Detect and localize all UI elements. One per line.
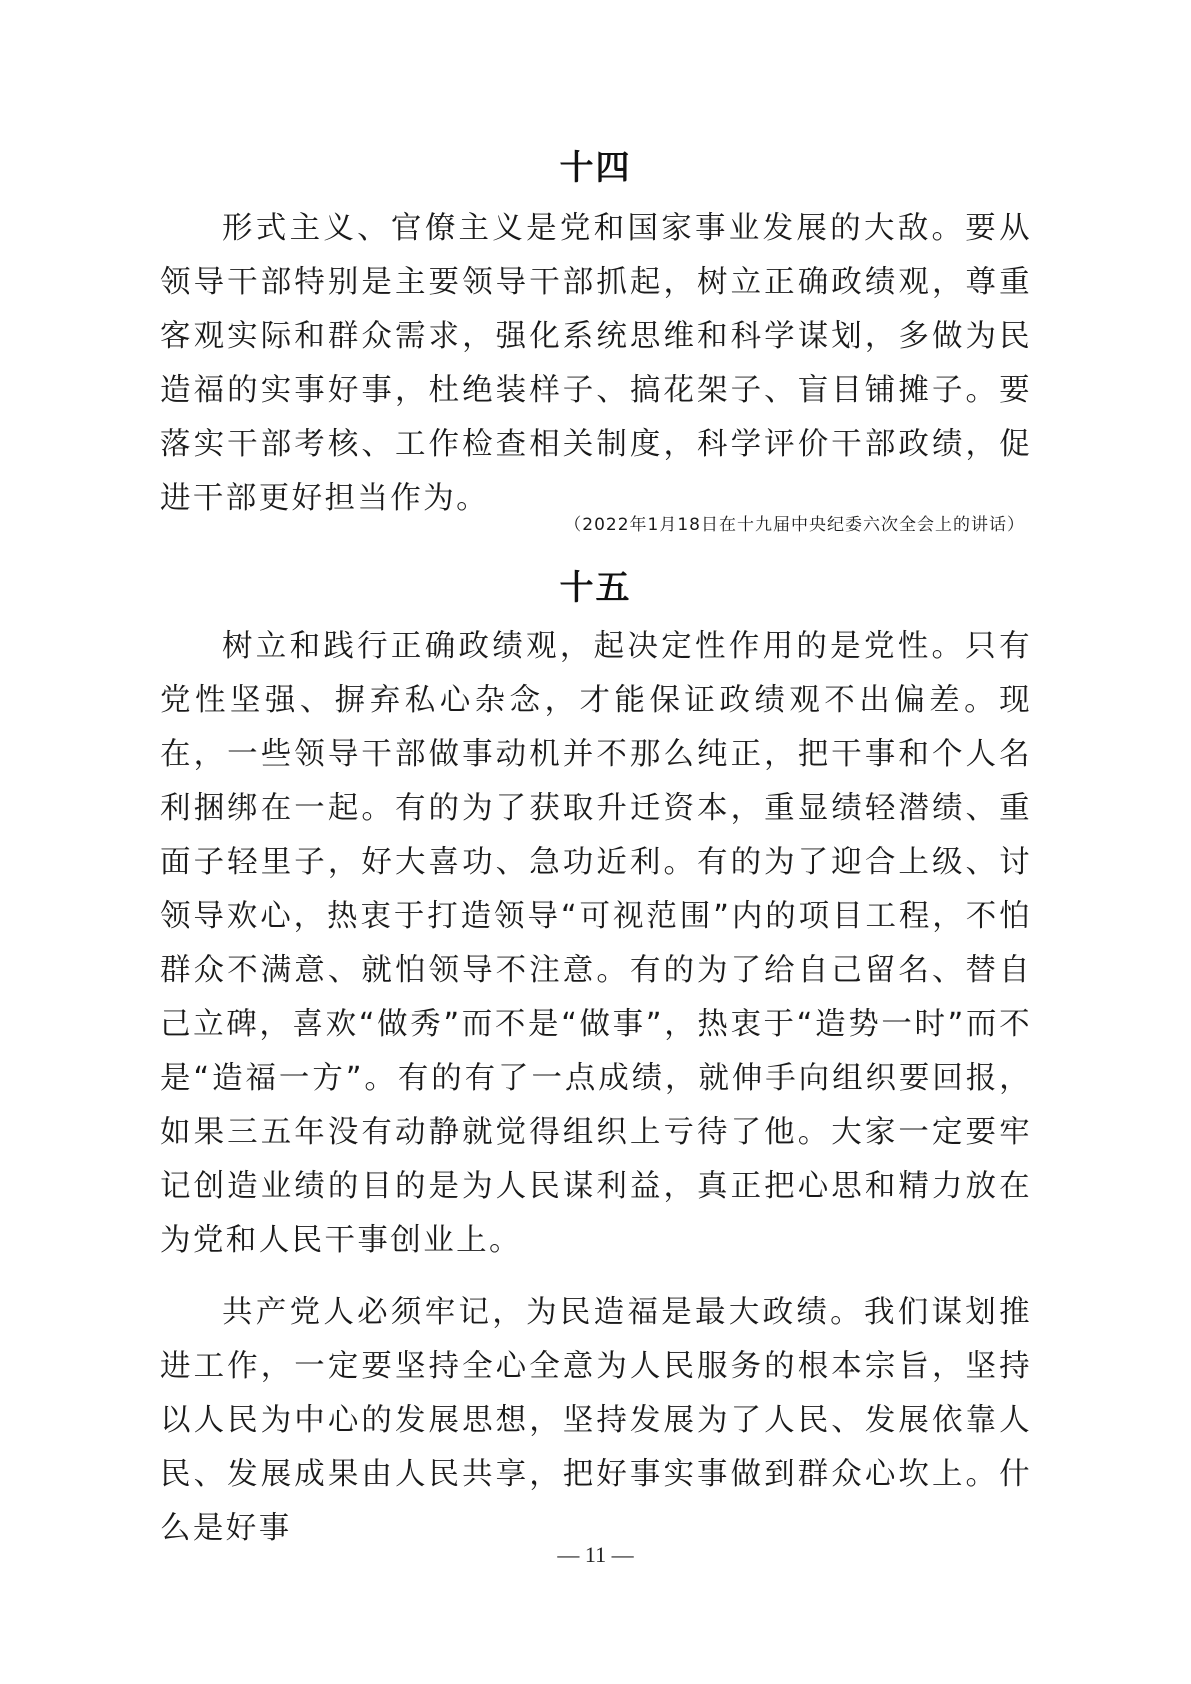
section-heading-14: 十四 [0, 140, 1191, 189]
section-15-paragraph-1: 树立和践行正确政绩观，起决定性作用的是党性。只有党性坚强、摒弃私心杂念，才能保证… [160, 620, 1032, 1268]
document-page: 十四 形式主义、官僚主义是党和国家事业发展的大敌。要从领导干部特别是主要领导干部… [0, 0, 1191, 1684]
page-number: — 11 — [0, 1542, 1191, 1568]
section-15-paragraph-2: 共产党人必须牢记，为民造福是最大政绩。我们谋划推进工作，一定要坚持全心全意为人民… [160, 1286, 1032, 1556]
section-14-citation: （2022年1月18日在十九届中央纪委六次全会上的讲话） [564, 510, 1025, 535]
section-14-paragraph-1: 形式主义、官僚主义是党和国家事业发展的大敌。要从领导干部特别是主要领导干部抓起，… [160, 202, 1032, 526]
section-heading-15: 十五 [0, 560, 1191, 609]
